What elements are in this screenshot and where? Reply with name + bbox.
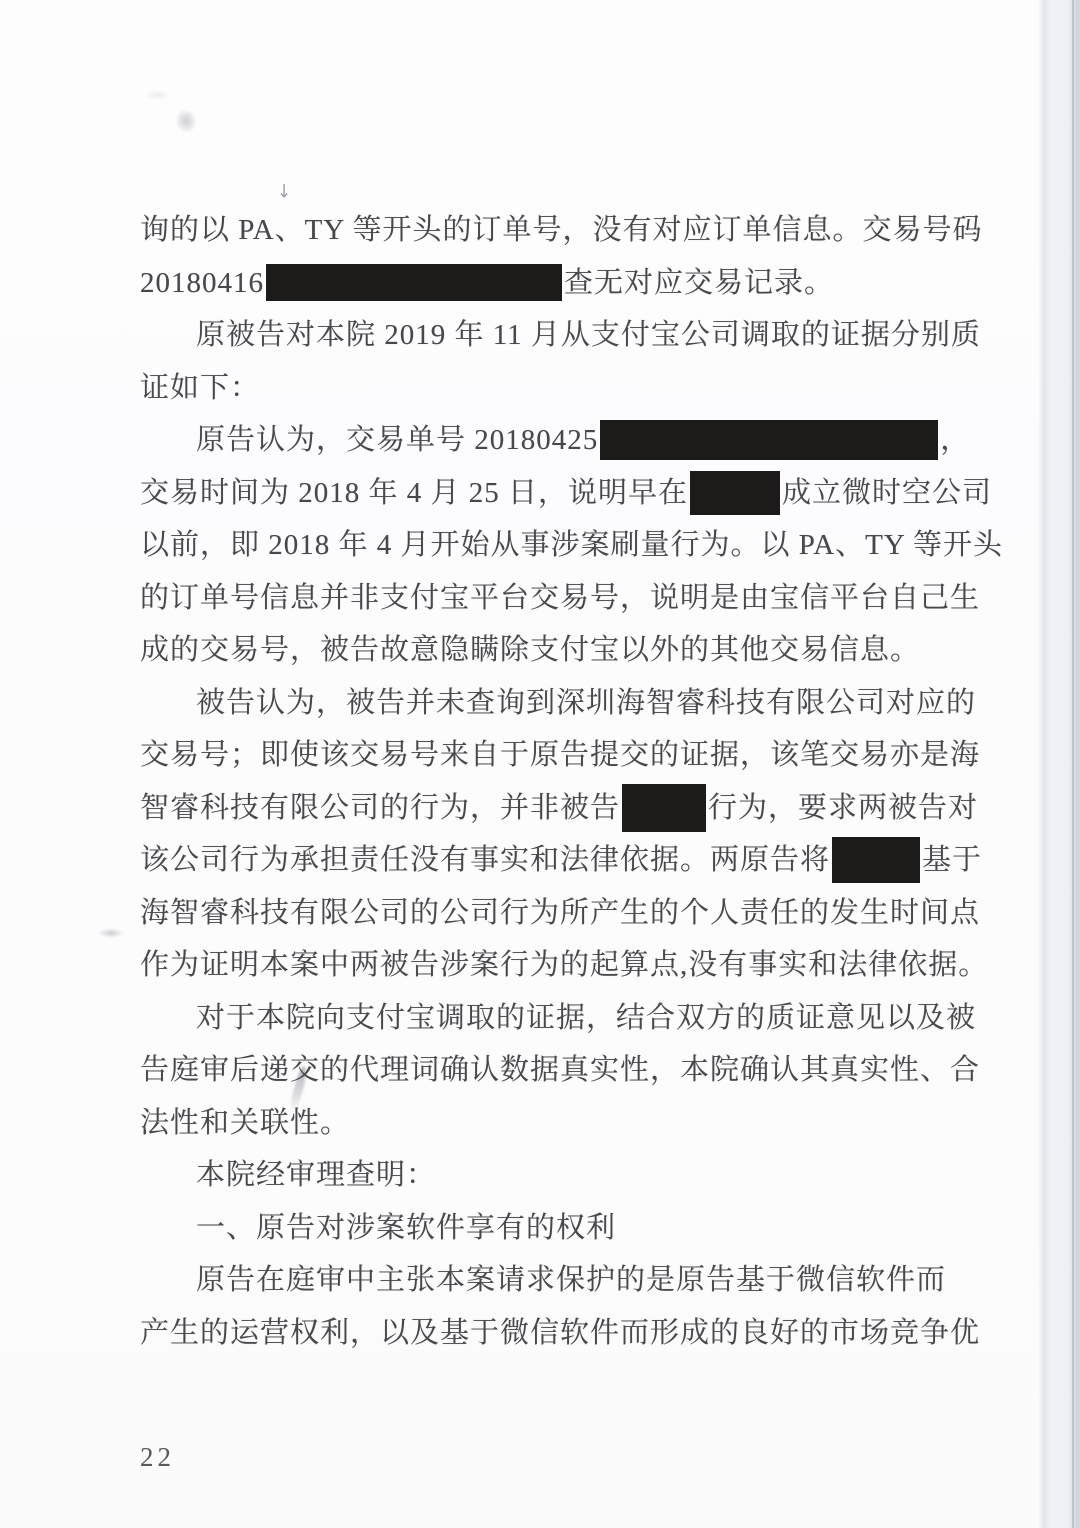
text-segment: 一、原告对涉案软件享有的权利 <box>196 1212 616 1244</box>
text-segment: 智睿科技有限公司的行为，并非被告 <box>140 792 620 824</box>
redaction-bar <box>832 837 920 883</box>
text-segment: 原告认为，交易单号 20180425 <box>196 424 598 456</box>
text-line: 交易号；即使该交易号来自于原告提交的证据，该笔交易亦是海 <box>140 729 956 782</box>
text-segment: 行为，要求两被告对 <box>708 792 978 824</box>
paper-edge-line <box>1072 0 1074 1528</box>
text-line: 原告在庭审中主张本案请求保护的是原告基于微信软件而 <box>140 1254 956 1307</box>
redaction-bar <box>266 264 562 301</box>
text-line: 20180416查无对应交易记录。 <box>140 257 956 310</box>
text-segment: 告庭审后递交的代理词确认数据真实性，本院确认其真实性、合 <box>140 1054 980 1086</box>
text-line: 对于本院向支付宝调取的证据，结合双方的质证意见以及被 <box>140 992 956 1045</box>
text-segment: 被告认为，被告并未查询到深圳海智睿科技有限公司对应的 <box>196 687 976 719</box>
text-line: 以前，即 2018 年 4 月开始从事涉案刷量行为。以 PA、TY 等开头 <box>140 519 956 572</box>
arrow-down-mark-icon: ↓ <box>277 181 291 203</box>
text-segment: 对于本院向支付宝调取的证据，结合双方的质证意见以及被 <box>196 1002 976 1034</box>
text-segment: 以前，即 2018 年 4 月开始从事涉案刷量行为。以 PA、TY 等开头 <box>140 529 1003 561</box>
text-line: 告庭审后递交的代理词确认数据真实性，本院确认其真实性、合 <box>140 1044 956 1097</box>
text-segment: 的订单号信息并非支付宝平台交易号，说明是由宝信平台自己生 <box>140 582 980 614</box>
page-number: 22 <box>140 1442 175 1473</box>
text-segment: 询的以 PA、TY 等开头的订单号，没有对应订单信息。交易号码 <box>140 214 983 246</box>
text-line: 证如下： <box>140 362 956 415</box>
text-segment: ， <box>940 424 970 456</box>
text-line: 的订单号信息并非支付宝平台交易号，说明是由宝信平台自己生 <box>140 572 956 625</box>
text-line: 被告认为，被告并未查询到深圳海智睿科技有限公司对应的 <box>140 677 956 730</box>
text-line: 该公司行为承担责任没有事实和法律依据。两原告将基于 <box>140 834 956 887</box>
text-segment: 法性和关联性。 <box>140 1107 350 1139</box>
text-segment: 交易号；即使该交易号来自于原告提交的证据，该笔交易亦是海 <box>140 739 980 771</box>
text-line: 原被告对本院 2019 年 11 月从支付宝公司调取的证据分别质 <box>140 309 956 362</box>
text-segment: 原被告对本院 2019 年 11 月从支付宝公司调取的证据分别质 <box>196 319 981 351</box>
text-line: 作为证明本案中两被告涉案行为的起算点,没有事实和法律依据。 <box>140 939 956 992</box>
text-segment: 作为证明本案中两被告涉案行为的起算点,没有事实和法律依据。 <box>140 949 988 981</box>
document-body-text: 询的以 PA、TY 等开头的订单号，没有对应订单信息。交易号码20180416查… <box>140 204 956 1359</box>
redaction-bar <box>600 420 938 460</box>
text-segment: 成的交易号，被告故意隐瞒除支付宝以外的其他交易信息。 <box>140 634 920 666</box>
text-segment: 海智睿科技有限公司的公司行为所产生的个人责任的发生时间点 <box>140 897 980 929</box>
text-line: 一、原告对涉案软件享有的权利 <box>140 1202 956 1255</box>
text-line: 法性和关联性。 <box>140 1097 956 1150</box>
text-segment: 原告在庭审中主张本案请求保护的是原告基于微信软件而 <box>196 1264 946 1296</box>
text-line: 本院经审理查明： <box>140 1149 956 1202</box>
margin-speck-artifact <box>98 928 124 938</box>
redaction-bar <box>622 784 706 832</box>
text-segment: 产生的运营权利，以及基于微信软件而形成的良好的市场竞争优 <box>140 1317 980 1349</box>
redaction-bar <box>690 471 780 515</box>
text-segment: 基于 <box>922 844 982 876</box>
text-line: 原告认为，交易单号 20180425， <box>140 414 956 467</box>
text-line: 询的以 PA、TY 等开头的订单号，没有对应订单信息。交易号码 <box>140 204 956 257</box>
scan-smudge-artifact <box>173 107 199 135</box>
text-line: 智睿科技有限公司的行为，并非被告行为，要求两被告对 <box>140 782 956 835</box>
text-line: 交易时间为 2018 年 4 月 25 日，说明早在成立微时空公司 <box>140 467 956 520</box>
text-segment: 20180416 <box>140 267 264 299</box>
text-line: 产生的运营权利，以及基于微信软件而形成的良好的市场竞争优 <box>140 1307 956 1360</box>
scan-corner-mark <box>145 90 171 100</box>
text-line: 海智睿科技有限公司的公司行为所产生的个人责任的发生时间点 <box>140 887 956 940</box>
text-segment: 查无对应交易记录。 <box>564 267 834 299</box>
scanned-court-document-page: ↓ 询的以 PA、TY 等开头的订单号，没有对应订单信息。交易号码2018041… <box>0 0 1080 1528</box>
text-segment: 该公司行为承担责任没有事实和法律依据。两原告将 <box>140 844 830 876</box>
text-segment: 交易时间为 2018 年 4 月 25 日，说明早在 <box>140 477 688 509</box>
text-segment: 成立微时空公司 <box>782 477 992 509</box>
text-line: 成的交易号，被告故意隐瞒除支付宝以外的其他交易信息。 <box>140 624 956 677</box>
text-segment: 本院经审理查明： <box>196 1159 436 1191</box>
text-segment: 证如下： <box>140 372 260 404</box>
